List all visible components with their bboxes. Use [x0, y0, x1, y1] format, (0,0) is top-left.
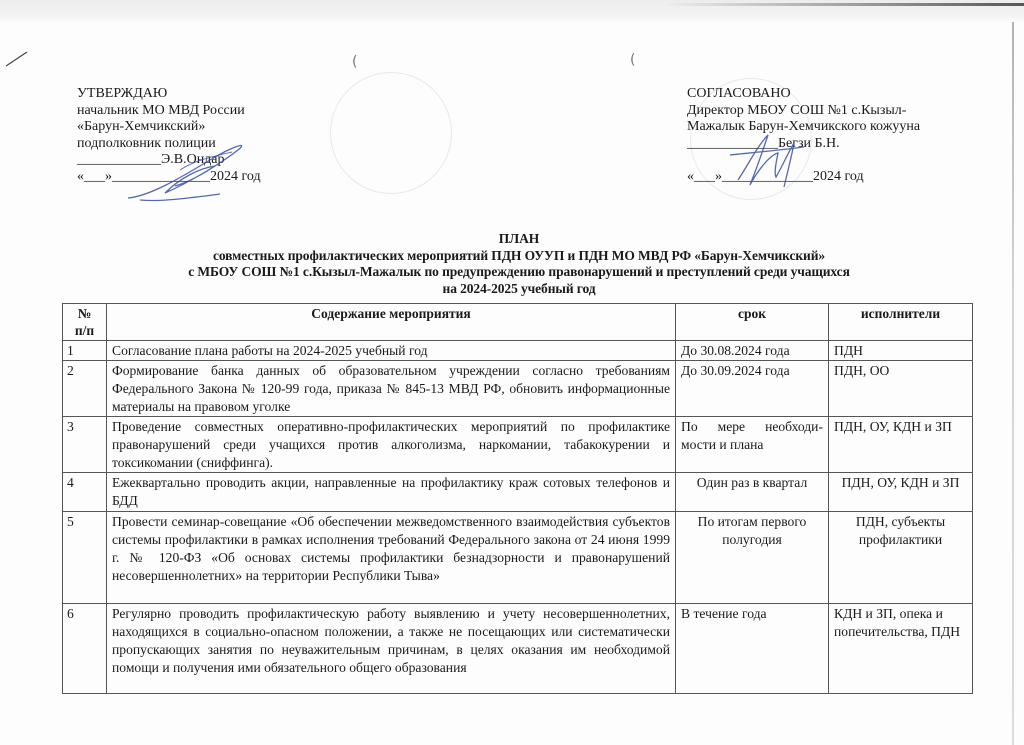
header-number: № п/п — [63, 304, 107, 341]
pen-mark-icon — [4, 48, 30, 70]
scan-mark: ( — [630, 52, 635, 68]
row-number: 4 — [63, 473, 107, 512]
row-executors: КДН и ЗП, опека и попечительства, ПДН — [829, 604, 973, 694]
row-content: Регулярно проводить профилактическую раб… — [107, 604, 676, 694]
row-content: Согласование плана работы на 2024-2025 у… — [107, 341, 676, 361]
row-term: В течение года — [676, 604, 829, 694]
table-row: 3 Проведение совместных оперативно-профи… — [63, 417, 973, 473]
agreement-block: СОГЛАСОВАНО Директор МБОУ СОШ №1 с.Кызыл… — [687, 86, 920, 185]
approval-date-line: «___»______________2024 год — [77, 169, 261, 186]
approval-signature-line: ____________Э.В.Ондар — [77, 152, 261, 169]
table-header-row: № п/п Содержание мероприятия срок исполн… — [63, 304, 973, 341]
agreement-line: Директор МБОУ СОШ №1 с.Кызыл- — [687, 103, 920, 120]
row-executors: ПДН, субъекты профилактики — [829, 512, 973, 604]
approval-line: подполковник полиции — [77, 136, 261, 153]
approval-line: «Барун-Хемчикский» — [77, 119, 261, 136]
header-term: срок — [676, 304, 829, 341]
title-subtitle: совместных профилактических мероприятий … — [60, 248, 978, 265]
table-row: 6 Регулярно проводить профилактическую р… — [63, 604, 973, 694]
header-executors: исполнители — [829, 304, 973, 341]
row-term: До 30.09.2024 года — [676, 361, 829, 417]
row-executors: ПДН, ОО — [829, 361, 973, 417]
row-term: До 30.08.2024 года — [676, 341, 829, 361]
row-term: По итогам первого полугодия — [676, 512, 829, 604]
row-content: Провести семинар-совещание «Об обеспечен… — [107, 512, 676, 604]
table-row: 5 Провести семинар-совещание «Об обеспеч… — [63, 512, 973, 604]
row-content: Ежеквартально проводить акции, направлен… — [107, 473, 676, 512]
row-content: Формирование банка данных об образовател… — [107, 361, 676, 417]
row-number: 6 — [63, 604, 107, 694]
approval-block: УТВЕРЖДАЮ начальник МО МВД России «Барун… — [77, 86, 261, 185]
row-number: 2 — [63, 361, 107, 417]
row-number: 3 — [63, 417, 107, 473]
row-number: 1 — [63, 341, 107, 361]
plan-table: № п/п Содержание мероприятия срок исполн… — [62, 303, 973, 694]
row-executors: ПДН, ОУ, КДН и ЗП — [829, 473, 973, 512]
agreement-date-line: «___»_____________2024 год — [687, 169, 920, 186]
header-number-label: п/п — [65, 322, 104, 339]
row-executors: ПДН, ОУ, КДН и ЗП — [829, 417, 973, 473]
stamp-imprint — [330, 72, 452, 194]
title-plan: ПЛАН — [60, 231, 978, 248]
approval-heading: УТВЕРЖДАЮ — [77, 86, 261, 103]
agreement-heading: СОГЛАСОВАНО — [687, 86, 920, 103]
scan-mark: ( — [352, 54, 357, 70]
row-content: Проведение совместных оперативно-профила… — [107, 417, 676, 473]
scan-right-edge — [1012, 22, 1014, 745]
title-year: на 2024-2025 учебный год — [60, 281, 978, 298]
table-row: 4 Ежеквартально проводить акции, направл… — [63, 473, 973, 512]
agreement-signature-line: _____________Бегзи Б.Н. — [687, 136, 920, 153]
row-term: По мере необходи-мости и плана — [676, 417, 829, 473]
scan-edge-shadow — [664, 3, 1024, 6]
row-executors: ПДН — [829, 341, 973, 361]
table-row: 2 Формирование банка данных об образоват… — [63, 361, 973, 417]
table-row: 1 Согласование плана работы на 2024-2025… — [63, 341, 973, 361]
header-content: Содержание мероприятия — [107, 304, 676, 341]
row-term: Один раз в квартал — [676, 473, 829, 512]
header-number-symbol: № — [65, 305, 104, 322]
title-subtitle: с МБОУ СОШ №1 с.Кызыл-Мажалык по предупр… — [60, 264, 978, 281]
agreement-blank-line — [687, 152, 920, 169]
document-title: ПЛАН совместных профилактических меропри… — [60, 231, 978, 297]
row-number: 5 — [63, 512, 107, 604]
approval-line: начальник МО МВД России — [77, 103, 261, 120]
agreement-line: Мажалык Барун-Хемчикского кожууна — [687, 119, 920, 136]
